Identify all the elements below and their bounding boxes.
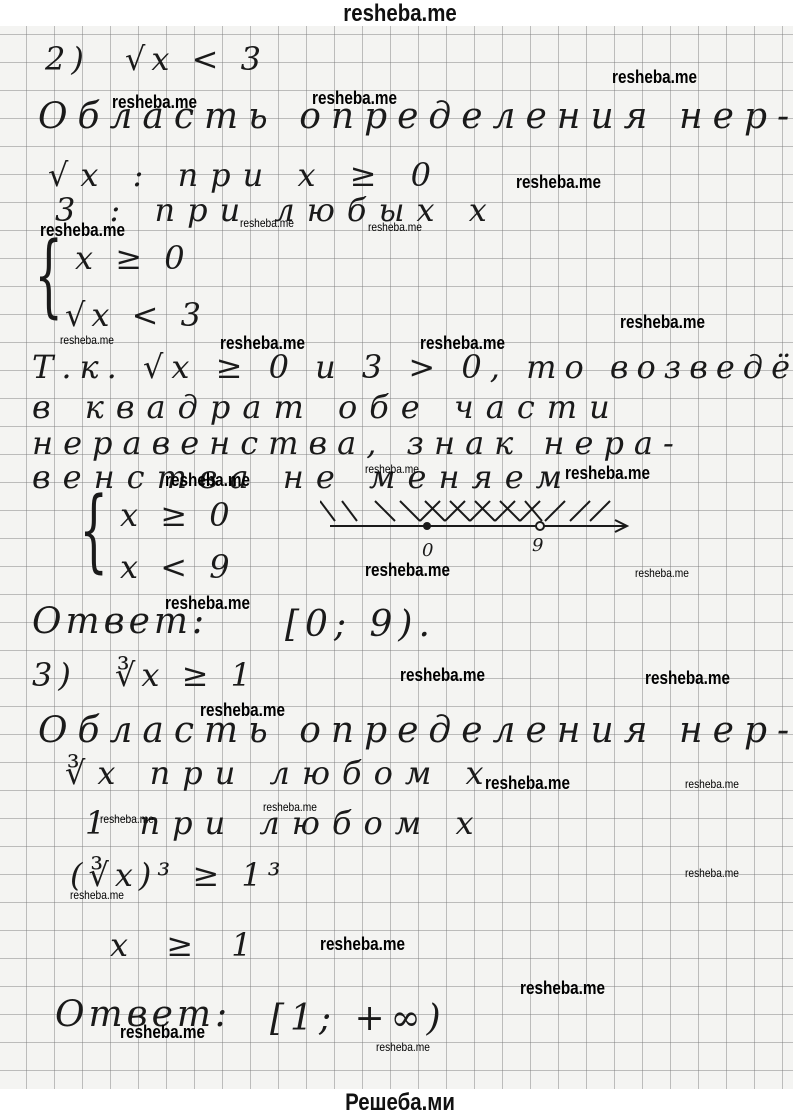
watermark: resheba.me [220,333,305,354]
site-footer: Решеба.ми [60,1088,740,1117]
problem-3-domain-heading: Область определения нер-ва [38,710,793,751]
watermark: resheba.me [165,593,250,614]
watermark: resheba.me [200,700,285,721]
watermark: resheba.me [612,67,697,88]
watermark: resheba.me [685,866,739,880]
explanation-line4: венства не меняем [32,458,574,496]
system1-line1: x ≥ 0 [75,239,191,277]
watermark: resheba.me [60,333,114,347]
problem-3-answer: [1; +∞) [270,998,447,1039]
notebook-page: 2) √x < 3 Область определения нер-ва √x … [0,26,793,1089]
watermark: resheba.me [312,88,397,109]
watermark: resheba.me [520,978,605,999]
watermark: resheba.me [620,312,705,333]
watermark: resheba.me [368,220,422,234]
watermark: resheba.me [565,463,650,484]
watermark: resheba.me [635,566,689,580]
watermark: resheba.me [645,668,730,689]
problem-2-inequality: √x < 3 [125,40,267,78]
watermark: resheba.me [516,172,601,193]
watermark: resheba.me [240,216,294,230]
number-line-label-0: 0 [422,540,433,561]
system-brace: { [79,486,108,576]
problem-2-label: 2) [45,40,90,78]
watermark: resheba.me [376,1040,430,1054]
watermark: resheba.me [70,888,124,902]
watermark: resheba.me [365,560,450,581]
system2-line1: x ≥ 0 [120,496,236,534]
watermark: resheba.me [400,665,485,686]
watermark: resheba.me [320,934,405,955]
watermark: resheba.me [365,462,419,476]
number-line-label-9: 9 [532,535,543,556]
watermark: resheba.me [112,92,197,113]
problem-3-label: 3) [32,656,77,694]
explanation-line2: в квадрат обе части [32,388,622,426]
watermark: resheba.me [100,812,154,826]
watermark: resheba.me [420,333,505,354]
watermark: resheba.me [120,1022,205,1043]
problem-3-result: x ≥ 1 [110,926,266,964]
explanation-line3: неравенства, знак нера- [32,424,684,462]
system1-line2: √x < 3 [65,296,207,334]
system-brace: { [34,231,63,321]
watermark: resheba.me [685,777,739,791]
system2-line2: x < 9 [120,548,236,586]
watermark: resheba.me [165,470,250,491]
watermark: resheba.me [40,220,125,241]
watermark: resheba.me [485,773,570,794]
problem-3-domain-line1: ∛x при любом x [65,754,496,792]
problem-3-inequality: ∛x ≥ 1 [115,656,257,694]
problem-2-answer: [0; 9). [285,604,436,645]
site-header: resheba.me [60,0,740,28]
watermark: resheba.me [263,800,317,814]
explanation-line1: Т.к. √x ≥ 0 и 3 > 0, то возведём [32,348,793,386]
problem-2-domain-line1: √x : при x ≥ 0 [48,156,443,194]
